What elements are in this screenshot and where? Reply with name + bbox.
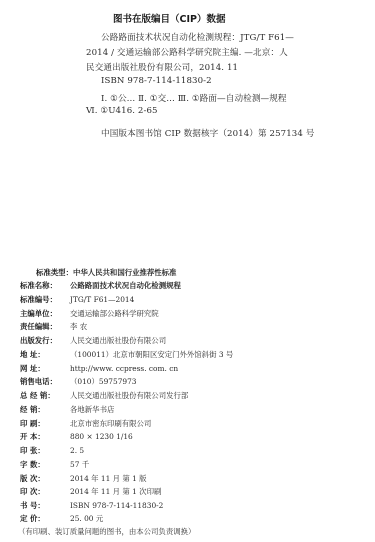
- bib-value: 各地新华书店: [70, 405, 114, 414]
- bib-value: ISBN 978-7-114-11830-2: [70, 501, 163, 510]
- quality-note: （有印刷、装订质量问题的图书，由本公司负责调换）: [18, 526, 195, 537]
- cip-isbn: ISBN 978-7-114-11830-2: [101, 76, 212, 86]
- bib-row-editor-unit: 主编单位：交通运输部公路科学研究院: [20, 308, 159, 319]
- bib-label: 销售电话：: [20, 376, 70, 387]
- bib-label: 网 址：: [20, 363, 70, 374]
- bib-row-address: 地 址：（100011）北京市朝阳区安定门外外馆斜街 3 号: [20, 349, 233, 360]
- bib-label: 印 刷：: [20, 418, 70, 429]
- bib-label: 经 销：: [20, 404, 70, 415]
- bib-label: 开 本：: [20, 431, 70, 442]
- bib-value: 人民交通出版社股份有限公司: [70, 336, 166, 345]
- bib-row-website: 网 址：http://www. ccpress. com. cn: [20, 363, 178, 374]
- bib-label: 地 址：: [20, 349, 70, 360]
- bib-label: 书 号：: [20, 500, 70, 511]
- bib-label: 印 张：: [20, 445, 70, 456]
- bib-row-printing: 印 次：2014 年 11 月 第 1 次印刷: [20, 486, 161, 497]
- cip-record-number: 中国版本图书馆 CIP 数据核字（2014）第 257134 号: [101, 127, 314, 139]
- standard-type-label: 标准类型：: [36, 267, 73, 278]
- cip-line-3: 民交通出版社股份有限公司，2014. 11: [86, 61, 238, 73]
- bib-label: 版 次：: [20, 473, 70, 484]
- bib-label: 总 经 销：: [20, 390, 70, 401]
- bib-label: 印 次：: [20, 486, 70, 497]
- bib-value: 人民交通出版社股份有限公司发行部: [70, 391, 188, 400]
- cip-classification-2: Ⅵ. ①U416. 2-65: [86, 106, 158, 116]
- bib-value: 2014 年 11 月 第 1 次印刷: [70, 487, 161, 496]
- bib-value: 交通运输部公路科学研究院: [70, 309, 159, 318]
- bib-value: 25. 00 元: [70, 514, 103, 523]
- bib-value: 57 千: [70, 460, 89, 469]
- bib-label: 出版发行：: [20, 335, 70, 346]
- bib-label: 标准编号：: [20, 294, 70, 305]
- bib-value: 公路路面技术状况自动化检测规程: [70, 281, 181, 290]
- bib-label: 标准名称：: [20, 280, 70, 291]
- bib-value: （010）59757973: [70, 377, 137, 386]
- bib-row-printer: 印 刷：北京市密东印刷有限公司: [20, 418, 151, 429]
- bib-row-general-distributor: 总 经 销：人民交通出版社股份有限公司发行部: [20, 390, 188, 401]
- bib-row-distributor: 经 销：各地新华书店: [20, 404, 114, 415]
- bib-row-word-count: 字 数：57 千: [20, 459, 89, 470]
- standard-type-value: 中华人民共和国行业推荐性标准: [73, 268, 176, 277]
- bib-value: 李 农: [70, 322, 87, 331]
- bib-value: JTG/T F61—2014: [70, 295, 134, 304]
- bib-row-edition: 版 次：2014 年 11 月 第 1 版: [20, 473, 147, 484]
- bib-label: 主编单位：: [20, 308, 70, 319]
- bib-row-sales-phone: 销售电话：（010）59757973: [20, 376, 137, 387]
- cip-classification-1: Ⅰ. ①公… Ⅱ. ①交… Ⅲ. ①路面—自动检测—规程: [101, 92, 287, 104]
- bib-value: 880 × 1230 1/16: [70, 432, 133, 441]
- cip-line-1: 公路路面技术状况自动化检测规程：JTG/T F61—: [101, 31, 294, 43]
- bib-label: 字 数：: [20, 459, 70, 470]
- bib-value: 2014 年 11 月 第 1 版: [70, 474, 147, 483]
- bib-row-standard-name: 标准名称：公路路面技术状况自动化检测规程: [20, 280, 181, 291]
- cip-line-2: 2014 / 交通运输部公路科学研究院主编. —北京：人: [86, 46, 288, 58]
- bib-row-price: 定 价：25. 00 元: [20, 513, 103, 524]
- bib-label: 定 价：: [20, 513, 70, 524]
- bib-label: 责任编辑：: [20, 321, 70, 332]
- bib-value: 北京市密东印刷有限公司: [70, 419, 151, 428]
- bib-row-publisher: 出版发行：人民交通出版社股份有限公司: [20, 335, 166, 346]
- bib-row-isbn: 书 号：ISBN 978-7-114-11830-2: [20, 500, 163, 511]
- bib-row-standard-number: 标准编号：JTG/T F61—2014: [20, 294, 134, 305]
- bib-row-sheets: 印 张：2. 5: [20, 445, 84, 456]
- website-link[interactable]: http://www. ccpress. com. cn: [70, 364, 178, 373]
- cip-title: 图书在版编目（CIP）数据: [113, 11, 225, 25]
- bib-row-format: 开 本：880 × 1230 1/16: [20, 431, 133, 442]
- standard-type-row: 标准类型：中华人民共和国行业推荐性标准: [36, 267, 176, 278]
- bib-value: 2. 5: [70, 446, 84, 455]
- bib-row-responsible-editor: 责任编辑：李 农: [20, 321, 87, 332]
- bib-value: （100011）北京市朝阳区安定门外外馆斜街 3 号: [70, 350, 233, 359]
